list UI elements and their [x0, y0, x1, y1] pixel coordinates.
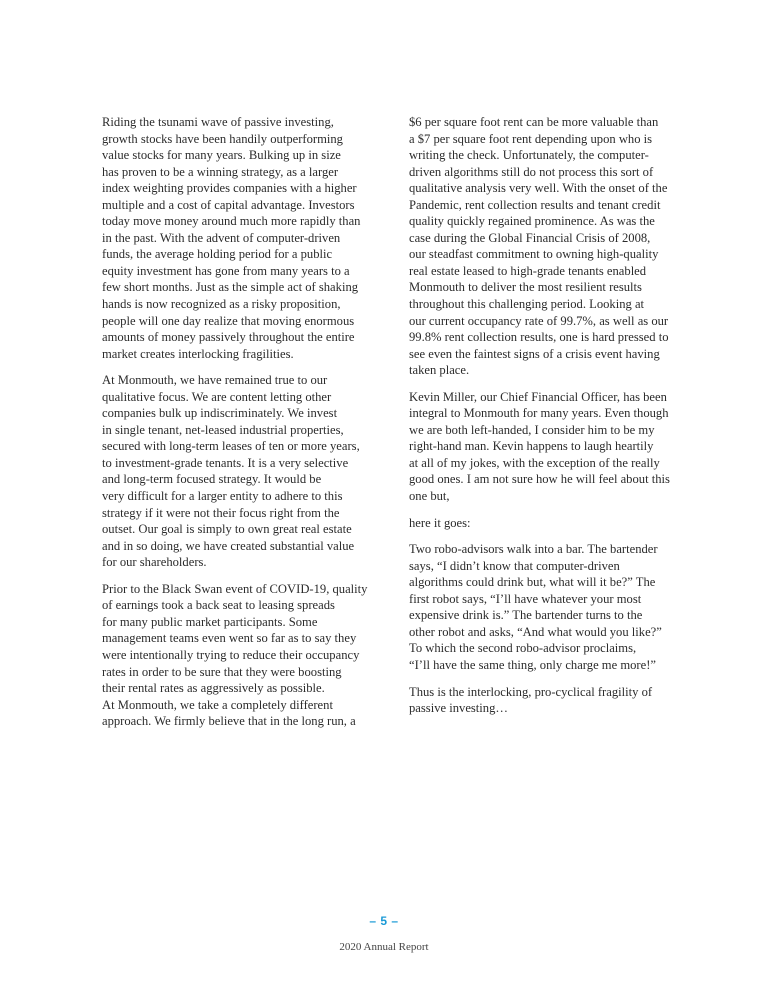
text-line: today move money around much more rapidl… [102, 213, 394, 230]
text-line: of earnings took a back seat to leasing … [102, 597, 394, 614]
text-line: Monmouth to deliver the most resilient r… [409, 279, 705, 296]
text-line: index weighting provides companies with … [102, 180, 394, 197]
text-line: expensive drink is.” The bartender turns… [409, 607, 705, 624]
text-line: writing the check. Unfortunately, the co… [409, 147, 705, 164]
text-line: At Monmouth, we take a completely differ… [102, 697, 394, 714]
text-line: people will one day realize that moving … [102, 313, 394, 330]
paragraph-conclusion: Thus is the interlocking, pro-cyclical f… [409, 684, 705, 717]
page-number: – 5 – [0, 914, 768, 928]
text-line: algorithms could drink but, what will it… [409, 574, 705, 591]
paragraph-monmouth-focus: At Monmouth, we have remained true to ou… [102, 372, 394, 571]
text-line: integral to Monmouth for many years. Eve… [409, 405, 705, 422]
text-line: real estate leased to high-grade tenants… [409, 263, 705, 280]
text-line: other robot and asks, “And what would yo… [409, 624, 705, 641]
text-line: very difficult for a larger entity to ad… [102, 488, 394, 505]
text-line: qualitative analysis very well. With the… [409, 180, 705, 197]
text-line: management teams even went so far as to … [102, 630, 394, 647]
right-text-column: $6 per square foot rent can be more valu… [409, 114, 705, 727]
text-line: here it goes: [409, 515, 705, 532]
text-line: Two robo-advisors walk into a bar. The b… [409, 541, 705, 558]
text-line: in single tenant, net-leased industrial … [102, 422, 394, 439]
document-page: Riding the tsunami wave of passive inves… [0, 0, 768, 997]
text-line: quality quickly regained prominence. As … [409, 213, 705, 230]
text-line: a $7 per square foot rent depending upon… [409, 131, 705, 148]
text-line: companies bulk up indiscriminately. We i… [102, 405, 394, 422]
text-line: were intentionally trying to reduce thei… [102, 647, 394, 664]
text-line: first robot says, “I’ll have whatever yo… [409, 591, 705, 608]
text-line: “I’ll have the same thing, only charge m… [409, 657, 705, 674]
text-line: right-hand man. Kevin happens to laugh h… [409, 438, 705, 455]
text-line: their rental rates as aggressively as po… [102, 680, 394, 697]
text-line: At Monmouth, we have remained true to ou… [102, 372, 394, 389]
text-line: see even the faintest signs of a crisis … [409, 346, 705, 363]
text-line: driven algorithms still do not process t… [409, 164, 705, 181]
text-line: one but, [409, 488, 705, 505]
paragraph-kevin-miller: Kevin Miller, our Chief Financial Office… [409, 389, 705, 505]
text-line: Thus is the interlocking, pro-cyclical f… [409, 684, 705, 701]
text-line: for our shareholders. [102, 554, 394, 571]
text-line: multiple and a cost of capital advantage… [102, 197, 394, 214]
text-line: passive investing… [409, 700, 705, 717]
text-line: our current occupancy rate of 99.7%, as … [409, 313, 705, 330]
text-line: in the past. With the advent of computer… [102, 230, 394, 247]
text-line: throughout this challenging period. Look… [409, 296, 705, 313]
text-line: and in so doing, we have created substan… [102, 538, 394, 555]
text-line: funds, the average holding period for a … [102, 246, 394, 263]
text-line: approach. We firmly believe that in the … [102, 713, 394, 730]
text-line: says, “I didn’t know that computer-drive… [409, 558, 705, 575]
text-line: our steadfast commitment to owning high-… [409, 246, 705, 263]
left-text-column: Riding the tsunami wave of passive inves… [102, 114, 394, 740]
paragraph-robo-advisor-joke: Two robo-advisors walk into a bar. The b… [409, 541, 705, 673]
text-line: good ones. I am not sure how he will fee… [409, 471, 705, 488]
paragraph-rent-quality: $6 per square foot rent can be more valu… [409, 114, 705, 379]
text-line: Pandemic, rent collection results and te… [409, 197, 705, 214]
text-line: qualitative focus. We are content lettin… [102, 389, 394, 406]
text-line: and long-term focused strategy. It would… [102, 471, 394, 488]
text-line: value stocks for many years. Bulking up … [102, 147, 394, 164]
text-line: amounts of money passively throughout th… [102, 329, 394, 346]
text-line: secured with long-term leases of ten or … [102, 438, 394, 455]
text-line: rates in order to be sure that they were… [102, 664, 394, 681]
text-line: Kevin Miller, our Chief Financial Office… [409, 389, 705, 406]
text-line: 99.8% rent collection results, one is ha… [409, 329, 705, 346]
text-line: strategy if it were not their focus righ… [102, 505, 394, 522]
paragraph-covid-black-swan: Prior to the Black Swan event of COVID-1… [102, 581, 394, 730]
text-line: $6 per square foot rent can be more valu… [409, 114, 705, 131]
paragraph-here-it-goes: here it goes: [409, 515, 705, 532]
text-line: market creates interlocking fragilities. [102, 346, 394, 363]
text-line: outset. Our goal is simply to own great … [102, 521, 394, 538]
text-line: equity investment has gone from many yea… [102, 263, 394, 280]
paragraph-passive-investing: Riding the tsunami wave of passive inves… [102, 114, 394, 362]
text-line: at all of my jokes, with the exception o… [409, 455, 705, 472]
text-line: to investment-grade tenants. It is a ver… [102, 455, 394, 472]
text-line: Prior to the Black Swan event of COVID-1… [102, 581, 394, 598]
text-line: growth stocks have been handily outperfo… [102, 131, 394, 148]
text-line: for many public market participants. Som… [102, 614, 394, 631]
text-line: To which the second robo-advisor proclai… [409, 640, 705, 657]
text-line: Riding the tsunami wave of passive inves… [102, 114, 394, 131]
text-line: case during the Global Financial Crisis … [409, 230, 705, 247]
text-line: we are both left-handed, I consider him … [409, 422, 705, 439]
text-line: has proven to be a winning strategy, as … [102, 164, 394, 181]
report-title-footer: 2020 Annual Report [0, 941, 768, 953]
text-line: hands is now recognized as a risky propo… [102, 296, 394, 313]
text-line: few short months. Just as the simple act… [102, 279, 394, 296]
text-line: taken place. [409, 362, 705, 379]
